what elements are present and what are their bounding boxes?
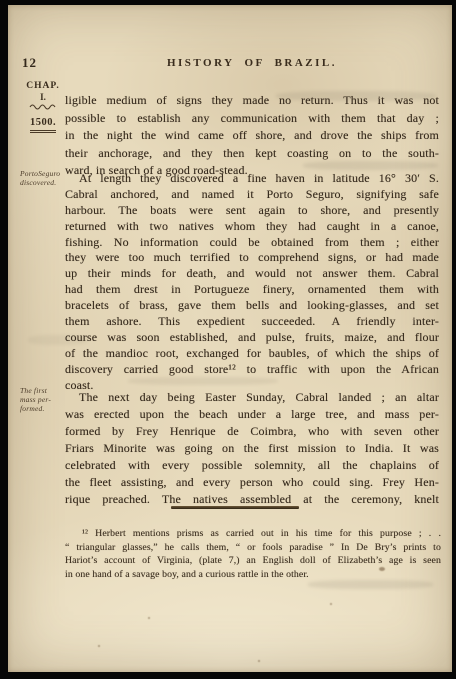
text-line: discovery carried good store¹² to traffi… xyxy=(65,362,439,378)
footnote-line: “ triangular glasses,” he calls them, “ … xyxy=(65,541,441,555)
footnote-line: Hariot’s account of Virginia, (plate 7,)… xyxy=(65,554,441,568)
text-line: had them drest in Portugueze finery, orn… xyxy=(65,282,439,298)
sidenote-first-mass: The first mass per- formed. xyxy=(20,386,66,413)
sidenote-line: discovered. xyxy=(20,178,66,187)
sidenote-line: The first xyxy=(20,386,66,395)
text-line: bracelets of brass, gave them bells and … xyxy=(65,298,439,314)
text-line: in the night the wind came off shore, an… xyxy=(65,127,439,145)
text-line: harbour. The boats were sent again to sh… xyxy=(65,203,439,219)
text-column: HISTORY OF BRAZIL. ligible medium of sig… xyxy=(65,5,439,672)
sidenote-line: formed. xyxy=(20,404,66,413)
year-label: 1500. xyxy=(30,117,56,131)
chapter-margin-block: CHAP. I. 1500. xyxy=(19,81,67,133)
year-rule: 1500. xyxy=(30,112,56,133)
text-line: Friars Minorite was going on the first m… xyxy=(65,440,439,457)
text-line: formed by Frey Henrique de Coimbra, who … xyxy=(65,423,439,440)
text-line: celebrated with every possible solemnity… xyxy=(65,457,439,474)
footnote: ¹² Herbert mentions prisms as carried ou… xyxy=(65,527,441,581)
text-line: course was soon established, and pulse, … xyxy=(65,330,439,346)
book-page: 12 CHAP. I. 1500. PortoSeguro discovered… xyxy=(8,5,452,672)
paragraph-1: ligible medium of signs they made no ret… xyxy=(65,92,439,180)
paragraph-2: At length they discovered a fine haven i… xyxy=(65,171,439,393)
chapter-label: CHAP. xyxy=(19,81,67,91)
paragraph-3: The next day being Easter Sunday, Cabral… xyxy=(65,389,439,508)
text-line: possible to establish any communication … xyxy=(65,110,439,128)
sidenote-porto-seguro: PortoSeguro discovered. xyxy=(20,169,66,187)
footnote-divider xyxy=(171,506,299,509)
text-line: fishing. No information could be obtaine… xyxy=(65,235,439,251)
footnote-line: ¹² Herbert mentions prisms as carried ou… xyxy=(65,527,441,541)
text-line: At length they discovered a fine haven i… xyxy=(65,171,439,187)
text-line: their anchorage, and they then kept coas… xyxy=(65,145,439,163)
chapter-numeral: I. xyxy=(19,92,67,102)
text-line: they were too much terrified to comprehe… xyxy=(65,250,439,266)
footnote-line: in one hand of a savage boy, and a curio… xyxy=(65,568,441,582)
text-line: the fleet assisting, and every person wh… xyxy=(65,474,439,491)
text-line: was erected upon the beach under a large… xyxy=(65,406,439,423)
text-line: Cabral anchored, and named it Porto Segu… xyxy=(65,187,439,203)
text-line: ligible medium of signs they made no ret… xyxy=(65,92,439,110)
text-line: up their minds for death, and would not … xyxy=(65,266,439,282)
text-line: them ashore. This expedient succeeded. A… xyxy=(65,314,439,330)
text-line: returned with two natives whom they had … xyxy=(65,219,439,235)
running-header: HISTORY OF BRAZIL. xyxy=(65,57,439,69)
sidenote-line: mass per- xyxy=(20,395,66,404)
chapter-flourish-icon xyxy=(29,103,57,110)
scanned-page-frame: 12 CHAP. I. 1500. PortoSeguro discovered… xyxy=(0,0,456,679)
text-line: of the mandioc root, exchanged for baubl… xyxy=(65,346,439,362)
sidenote-line: PortoSeguro xyxy=(20,169,66,178)
text-line: The next day being Easter Sunday, Cabral… xyxy=(65,389,439,406)
page-number: 12 xyxy=(22,55,37,71)
